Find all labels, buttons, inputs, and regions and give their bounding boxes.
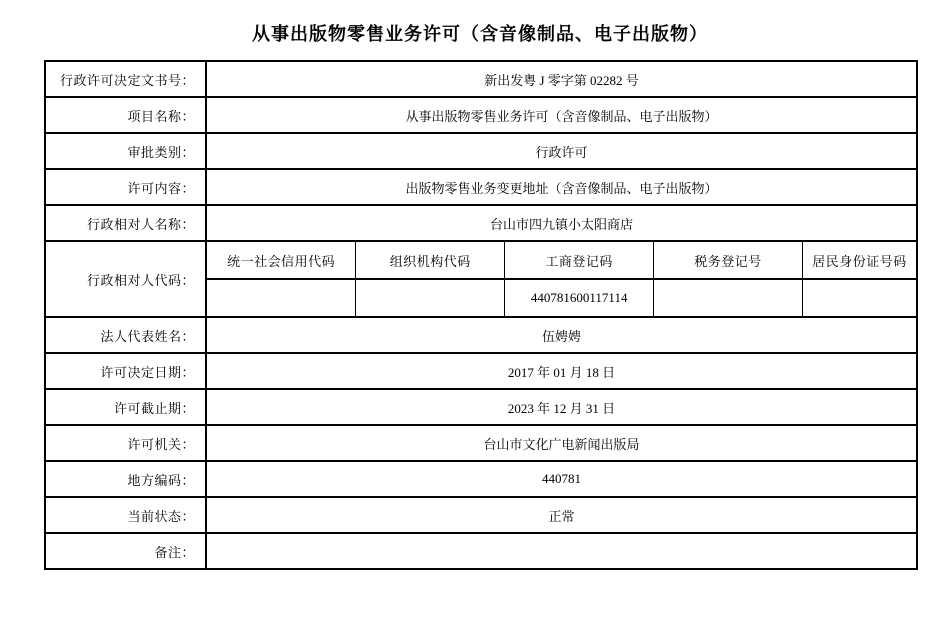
codes-subtable: 统一社会信用代码 组织机构代码 工商登记码 税务登记号 居民身份证号码 4407…	[207, 242, 916, 316]
row-value-approval-type: 行政许可	[206, 133, 917, 169]
row-remarks: 备注：	[45, 533, 917, 569]
row-counterpart-name: 行政相对人名称： 台山市四九镇小太阳商店	[45, 205, 917, 241]
row-authority: 许可机关： 台山市文化广电新闻出版局	[45, 425, 917, 461]
row-status: 当前状态： 正常	[45, 497, 917, 533]
codes-value-org-code	[356, 279, 505, 316]
row-label-approval-type: 审批类别：	[45, 133, 206, 169]
row-decision-date: 许可决定日期： 2017 年 01 月 18 日	[45, 353, 917, 389]
row-approval-type: 审批类别： 行政许可	[45, 133, 917, 169]
row-value-counterpart-name: 台山市四九镇小太阳商店	[206, 205, 917, 241]
codes-value-credit-code	[207, 279, 356, 316]
codes-value-tax-reg	[654, 279, 803, 316]
row-value-decision-date: 2017 年 01 月 18 日	[206, 353, 917, 389]
row-value-authority: 台山市文化广电新闻出版局	[206, 425, 917, 461]
row-value-doc-number: 新出发粤 J 零字第 02282 号	[206, 61, 917, 97]
codes-header-row: 统一社会信用代码 组织机构代码 工商登记码 税务登记号 居民身份证号码	[207, 242, 916, 279]
row-project-name: 项目名称： 从事出版物零售业务许可（含音像制品、电子出版物）	[45, 97, 917, 133]
row-value-region-code: 440781	[206, 461, 917, 497]
row-doc-number: 行政许可决定文书号： 新出发粤 J 零字第 02282 号	[45, 61, 917, 97]
row-value-project-name: 从事出版物零售业务许可（含音像制品、电子出版物）	[206, 97, 917, 133]
row-label-authority: 许可机关：	[45, 425, 206, 461]
row-label-region-code: 地方编码：	[45, 461, 206, 497]
row-expiry-date: 许可截止期： 2023 年 12 月 31 日	[45, 389, 917, 425]
row-label-license-content: 许可内容：	[45, 169, 206, 205]
license-document: 从事出版物零售业务许可（含音像制品、电子出版物） 行政许可决定文书号： 新出发粤…	[44, 0, 916, 570]
row-label-doc-number: 行政许可决定文书号：	[45, 61, 206, 97]
row-label-legal-rep: 法人代表姓名：	[45, 317, 206, 353]
row-value-remarks	[206, 533, 917, 569]
codes-value-business-reg: 440781600117114	[505, 279, 654, 316]
row-value-legal-rep: 伍娉娉	[206, 317, 917, 353]
codes-header-org-code: 组织机构代码	[356, 242, 505, 279]
row-value-status: 正常	[206, 497, 917, 533]
row-label-decision-date: 许可决定日期：	[45, 353, 206, 389]
page-title: 从事出版物零售业务许可（含音像制品、电子出版物）	[44, 0, 916, 60]
row-label-counterpart-name: 行政相对人名称：	[45, 205, 206, 241]
codes-header-tax-reg: 税务登记号	[654, 242, 803, 279]
row-label-expiry-date: 许可截止期：	[45, 389, 206, 425]
codes-value-row: 440781600117114	[207, 279, 916, 316]
row-counterpart-codes: 行政相对人代码： 统一社会信用代码 组织机构代码 工商登记码 税务登记号 居民身…	[45, 241, 917, 317]
row-region-code: 地方编码： 440781	[45, 461, 917, 497]
row-value-license-content: 出版物零售业务变更地址（含音像制品、电子出版物）	[206, 169, 917, 205]
codes-header-id-number: 居民身份证号码	[803, 242, 917, 279]
row-label-counterpart-codes: 行政相对人代码：	[45, 241, 206, 317]
row-label-remarks: 备注：	[45, 533, 206, 569]
row-legal-rep: 法人代表姓名： 伍娉娉	[45, 317, 917, 353]
counterpart-codes-cell: 统一社会信用代码 组织机构代码 工商登记码 税务登记号 居民身份证号码 4407…	[206, 241, 917, 317]
row-value-expiry-date: 2023 年 12 月 31 日	[206, 389, 917, 425]
codes-header-business-reg: 工商登记码	[505, 242, 654, 279]
license-table: 行政许可决定文书号： 新出发粤 J 零字第 02282 号 项目名称： 从事出版…	[44, 60, 918, 570]
row-label-status: 当前状态：	[45, 497, 206, 533]
row-label-project-name: 项目名称：	[45, 97, 206, 133]
codes-value-id-number	[803, 279, 917, 316]
codes-header-credit-code: 统一社会信用代码	[207, 242, 356, 279]
row-license-content: 许可内容： 出版物零售业务变更地址（含音像制品、电子出版物）	[45, 169, 917, 205]
